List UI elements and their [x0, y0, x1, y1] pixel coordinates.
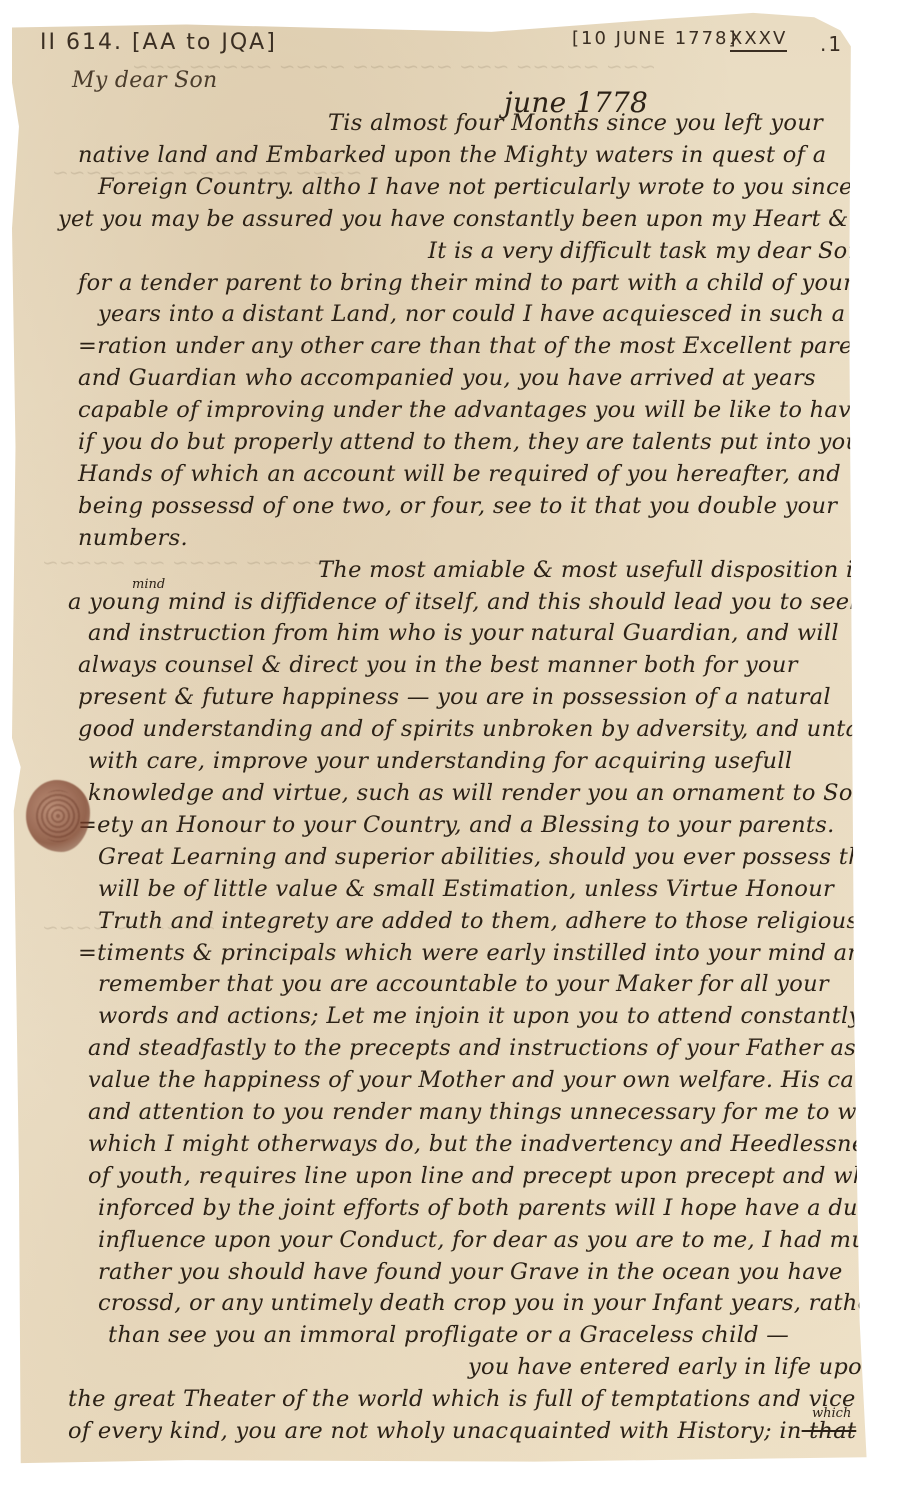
letter-line: and instruction from him who is your nat…	[88, 620, 839, 646]
interlinear-insertion: mind	[132, 577, 165, 592]
archive-volume-mark: XXXV	[730, 28, 787, 52]
letter-line: =ration under any other care than that o…	[78, 333, 877, 359]
letter-line: being possessd of one two, or four, see …	[78, 493, 837, 519]
letter-line: numbers.	[78, 525, 188, 551]
wax-seal-remnant	[26, 780, 90, 852]
letter-line: the great Theater of the world which is …	[68, 1386, 856, 1412]
letter-line: a young mind is diffidence of itself, an…	[68, 589, 900, 615]
salutation: My dear Son	[72, 68, 217, 93]
letter-line: good understanding and of spirits unbrok…	[78, 716, 900, 742]
struck-word: that	[802, 1418, 857, 1444]
mounting-tape-strip	[855, 728, 885, 778]
letter-line: you have entered early in life upon	[468, 1354, 877, 1380]
interlinear-insertion: which	[812, 1406, 851, 1421]
letter-line: remember that you are accountable to you…	[98, 971, 829, 997]
letter-line: influence upon your Conduct, for dear as…	[98, 1227, 894, 1253]
letter-line: inforced by the joint efforts of both pa…	[98, 1195, 871, 1221]
letter-line: rather you should have found your Grave …	[98, 1259, 843, 1285]
letter-line: and attention to you render many things …	[88, 1099, 898, 1125]
letter-line: Truth and integrety are added to them, a…	[98, 908, 900, 934]
letter-line: crossd, or any untimely death crop you i…	[98, 1290, 882, 1316]
letter-line: words and actions; Let me injoin it upon…	[98, 1003, 862, 1029]
archive-date-bracket: [10 JUNE 1778]	[572, 28, 738, 49]
letter-line: and Guardian who accompanied you, you ha…	[78, 365, 816, 391]
letter-line: =ety an Honour to your Country, and a Bl…	[78, 812, 835, 838]
archive-page-number: .1	[820, 32, 843, 56]
letter-line: yet you may be assured you have constant…	[58, 206, 900, 232]
letter-line: =timents & principals which were early i…	[78, 940, 877, 966]
archive-catalog-id: II 614. [AA to JQA]	[40, 30, 277, 55]
letter-line: native land and Embarked upon the Mighty…	[78, 142, 826, 168]
letter-line: Hands of which an account will be requir…	[78, 461, 841, 487]
letter-line: than see you an immoral profligate or a …	[108, 1322, 789, 1348]
letter-line: always counsel & direct you in the best …	[78, 652, 798, 678]
letter-line: years into a distant Land, nor could I h…	[98, 301, 900, 327]
letter-line: Tis almost four Months since you left yo…	[328, 110, 823, 136]
bleed-through-text: ~~~~~ ~~~~ ~~ ~~~~~	[42, 550, 329, 574]
letter-line: It is a very difficult task my dear Son	[428, 238, 862, 264]
letter-line: knowledge and virtue, such as will rende…	[88, 780, 873, 806]
letter-line: capable of improving under the advantage…	[78, 397, 865, 423]
letter-line: Foreign Country. altho I have not pertic…	[98, 174, 853, 200]
letter-line: for a tender parent to bring their mind …	[78, 270, 854, 296]
letter-line: of every kind, you are not wholy unacqua…	[68, 1418, 856, 1444]
letter-line: will be of little value & small Estimati…	[98, 876, 834, 902]
letter-line: value the happiness of your Mother and y…	[88, 1067, 879, 1093]
letter-line: of youth, requires line upon line and pr…	[88, 1163, 896, 1189]
letter-line: if you do but properly attend to them, t…	[78, 429, 871, 455]
attribution-text: [AA to JQA]	[132, 30, 277, 55]
letter-line: Great Learning and superior abilities, s…	[98, 844, 898, 870]
letter-line: with care, improve your understanding fo…	[88, 748, 792, 774]
catalog-id-text: II 614.	[40, 30, 123, 55]
letter-line: which I might otherways do, but the inad…	[88, 1131, 889, 1157]
manuscript-page: ~~~ ~~~~~ ~~~ ~~~~~~ ~~~~ ~~~~~ ~~~ ~~~~…	[12, 10, 884, 1466]
letter-line: The most amiable & most usefull disposit…	[318, 557, 868, 583]
letter-line: and steadfastly to the precepts and inst…	[88, 1035, 900, 1061]
letter-line: present & future happiness — you are in …	[78, 684, 831, 710]
